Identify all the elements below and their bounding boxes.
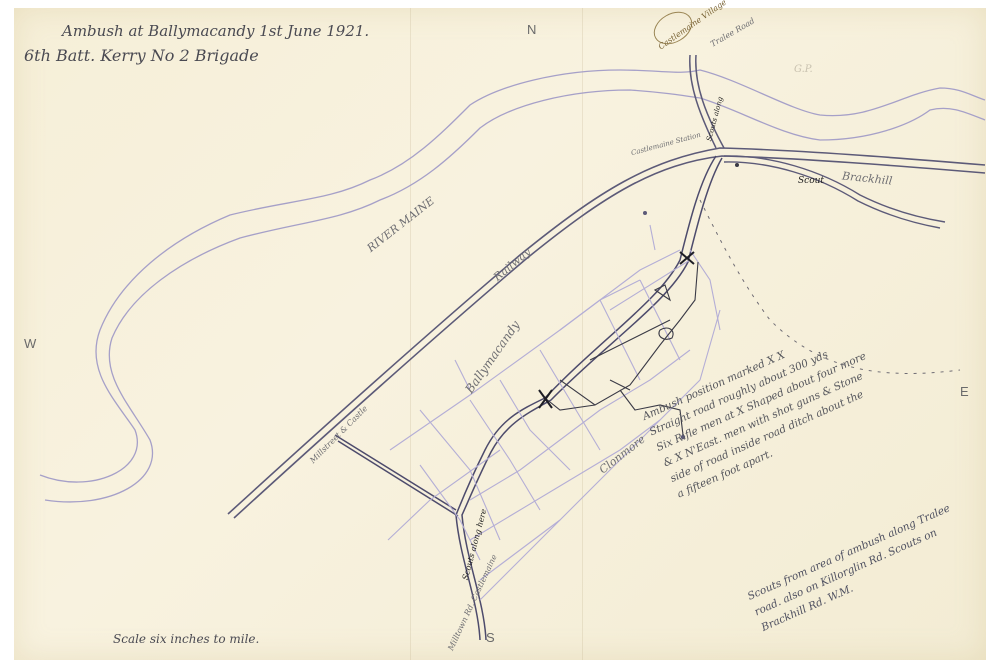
- compass-north: N: [527, 22, 536, 37]
- river-maine: [40, 70, 985, 502]
- label-corner-mark: G.P.: [794, 64, 813, 75]
- compass-west: W: [24, 336, 36, 351]
- map-title: Ambush at Ballymacandy 1st June 1921.: [62, 22, 369, 40]
- map-subtitle: 6th Batt. Kerry No 2 Brigade: [24, 46, 259, 65]
- compass-south: S: [486, 630, 495, 645]
- road-west-connector: [335, 435, 458, 516]
- label-scout: Scout: [798, 176, 824, 186]
- house-marker: [643, 211, 647, 215]
- scout-marker: [735, 163, 739, 167]
- compass-east: E: [960, 384, 969, 399]
- scale-note: Scale six inches to mile.: [113, 632, 259, 646]
